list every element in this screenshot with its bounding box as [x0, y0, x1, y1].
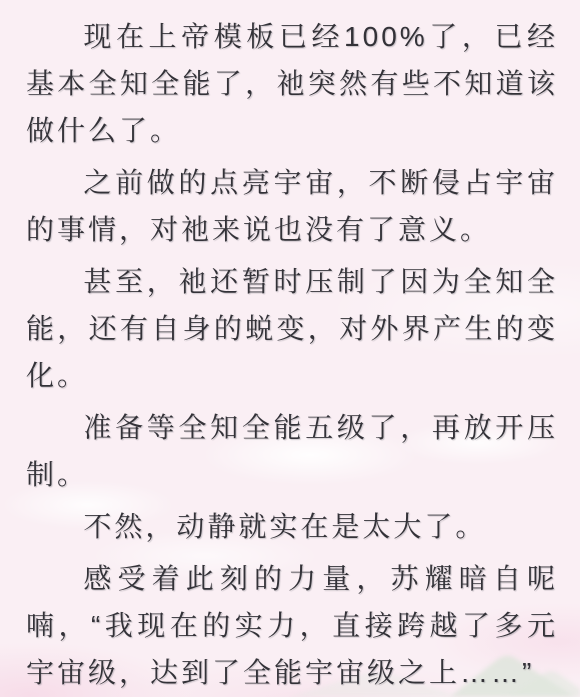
paragraph: 不然，动静就实在是太大了。 [26, 503, 558, 550]
chapter-text: 现在上帝模板已经100%了，已经基本全知全能了，祂突然有些不知道该做什么了。 之… [0, 0, 580, 696]
paragraph: 之前做的点亮宇宙，不断侵占宇宙的事情，对祂来说也没有了意义。 [26, 159, 558, 253]
paragraph: 现在上帝模板已经100%了，已经基本全知全能了，祂突然有些不知道该做什么了。 [26, 13, 558, 154]
reader-page[interactable]: 现在上帝模板已经100%了，已经基本全知全能了，祂突然有些不知道该做什么了。 之… [0, 0, 580, 697]
paragraph: 感受着此刻的力量，苏耀暗自呢喃，“我现在的实力，直接跨越了多元宇宙级，达到了全能… [26, 555, 558, 696]
paragraph: 甚至，祂还暂时压制了因为全知全能，还有自身的蜕变，对外界产生的变化。 [26, 258, 558, 399]
paragraph: 准备等全知全能五级了，再放开压制。 [26, 404, 558, 498]
